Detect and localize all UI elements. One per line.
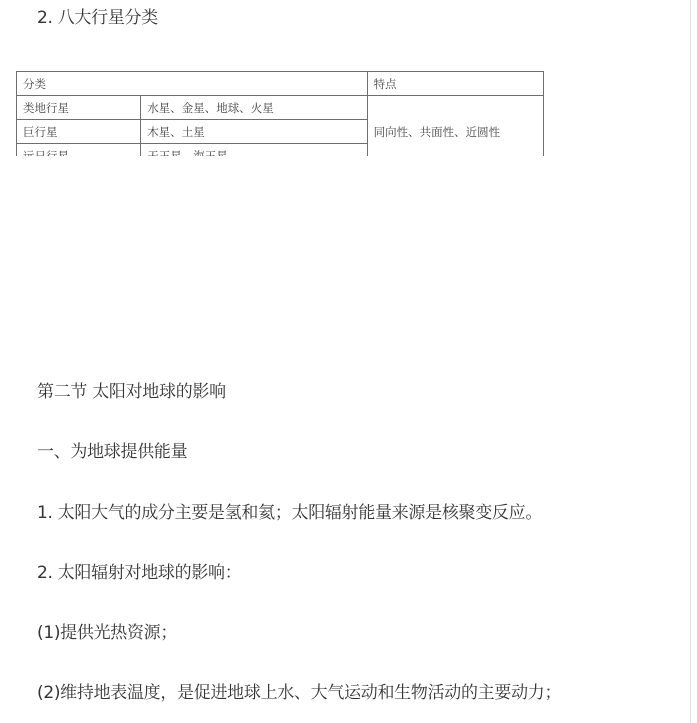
chapter-heading: 第二节 太阳对地球的影响 [37, 381, 226, 403]
paragraph-2: 2. 太阳辐射对地球的影响： [37, 562, 241, 584]
planet-members-cell: 木星、土星 [141, 120, 367, 144]
paragraph-4: (2)维持地表温度，是促进地球上水、大气运动和生物活动的主要动力； [37, 682, 561, 704]
planet-type-cell: 巨行星 [17, 120, 141, 144]
planet-members-cell: 天王星、海王星 [141, 144, 367, 157]
page-edge-divider [690, 0, 691, 723]
planet-type-cell: 类地行星 [17, 96, 141, 120]
paragraph-3: (1)提供光热资源； [37, 622, 177, 644]
section-heading: 2. 八大行星分类 [37, 7, 158, 29]
table-row: 类地行星 水星、金星、地球、火星 同向性、共面性、近圆性 [17, 96, 544, 120]
planet-classification-table: 分类 特点 类地行星 水星、金星、地球、火星 同向性、共面性、近圆性 巨行星 木… [16, 71, 544, 156]
subsection-heading: 一、为地球提供能量 [37, 441, 187, 463]
planet-members-cell: 水星、金星、地球、火星 [141, 96, 367, 120]
table-header-row: 分类 特点 [17, 72, 544, 96]
planet-type-cell: 远日行星 [17, 144, 141, 157]
features-cell: 同向性、共面性、近圆性 [367, 96, 543, 157]
header-features: 特点 [367, 72, 543, 96]
paragraph-1: 1. 太阳大气的成分主要是氢和氦；太阳辐射能量来源是核聚变反应。 [37, 502, 542, 524]
header-category: 分类 [17, 72, 368, 96]
planet-classification-table-container: 分类 特点 类地行星 水星、金星、地球、火星 同向性、共面性、近圆性 巨行星 木… [16, 71, 546, 156]
